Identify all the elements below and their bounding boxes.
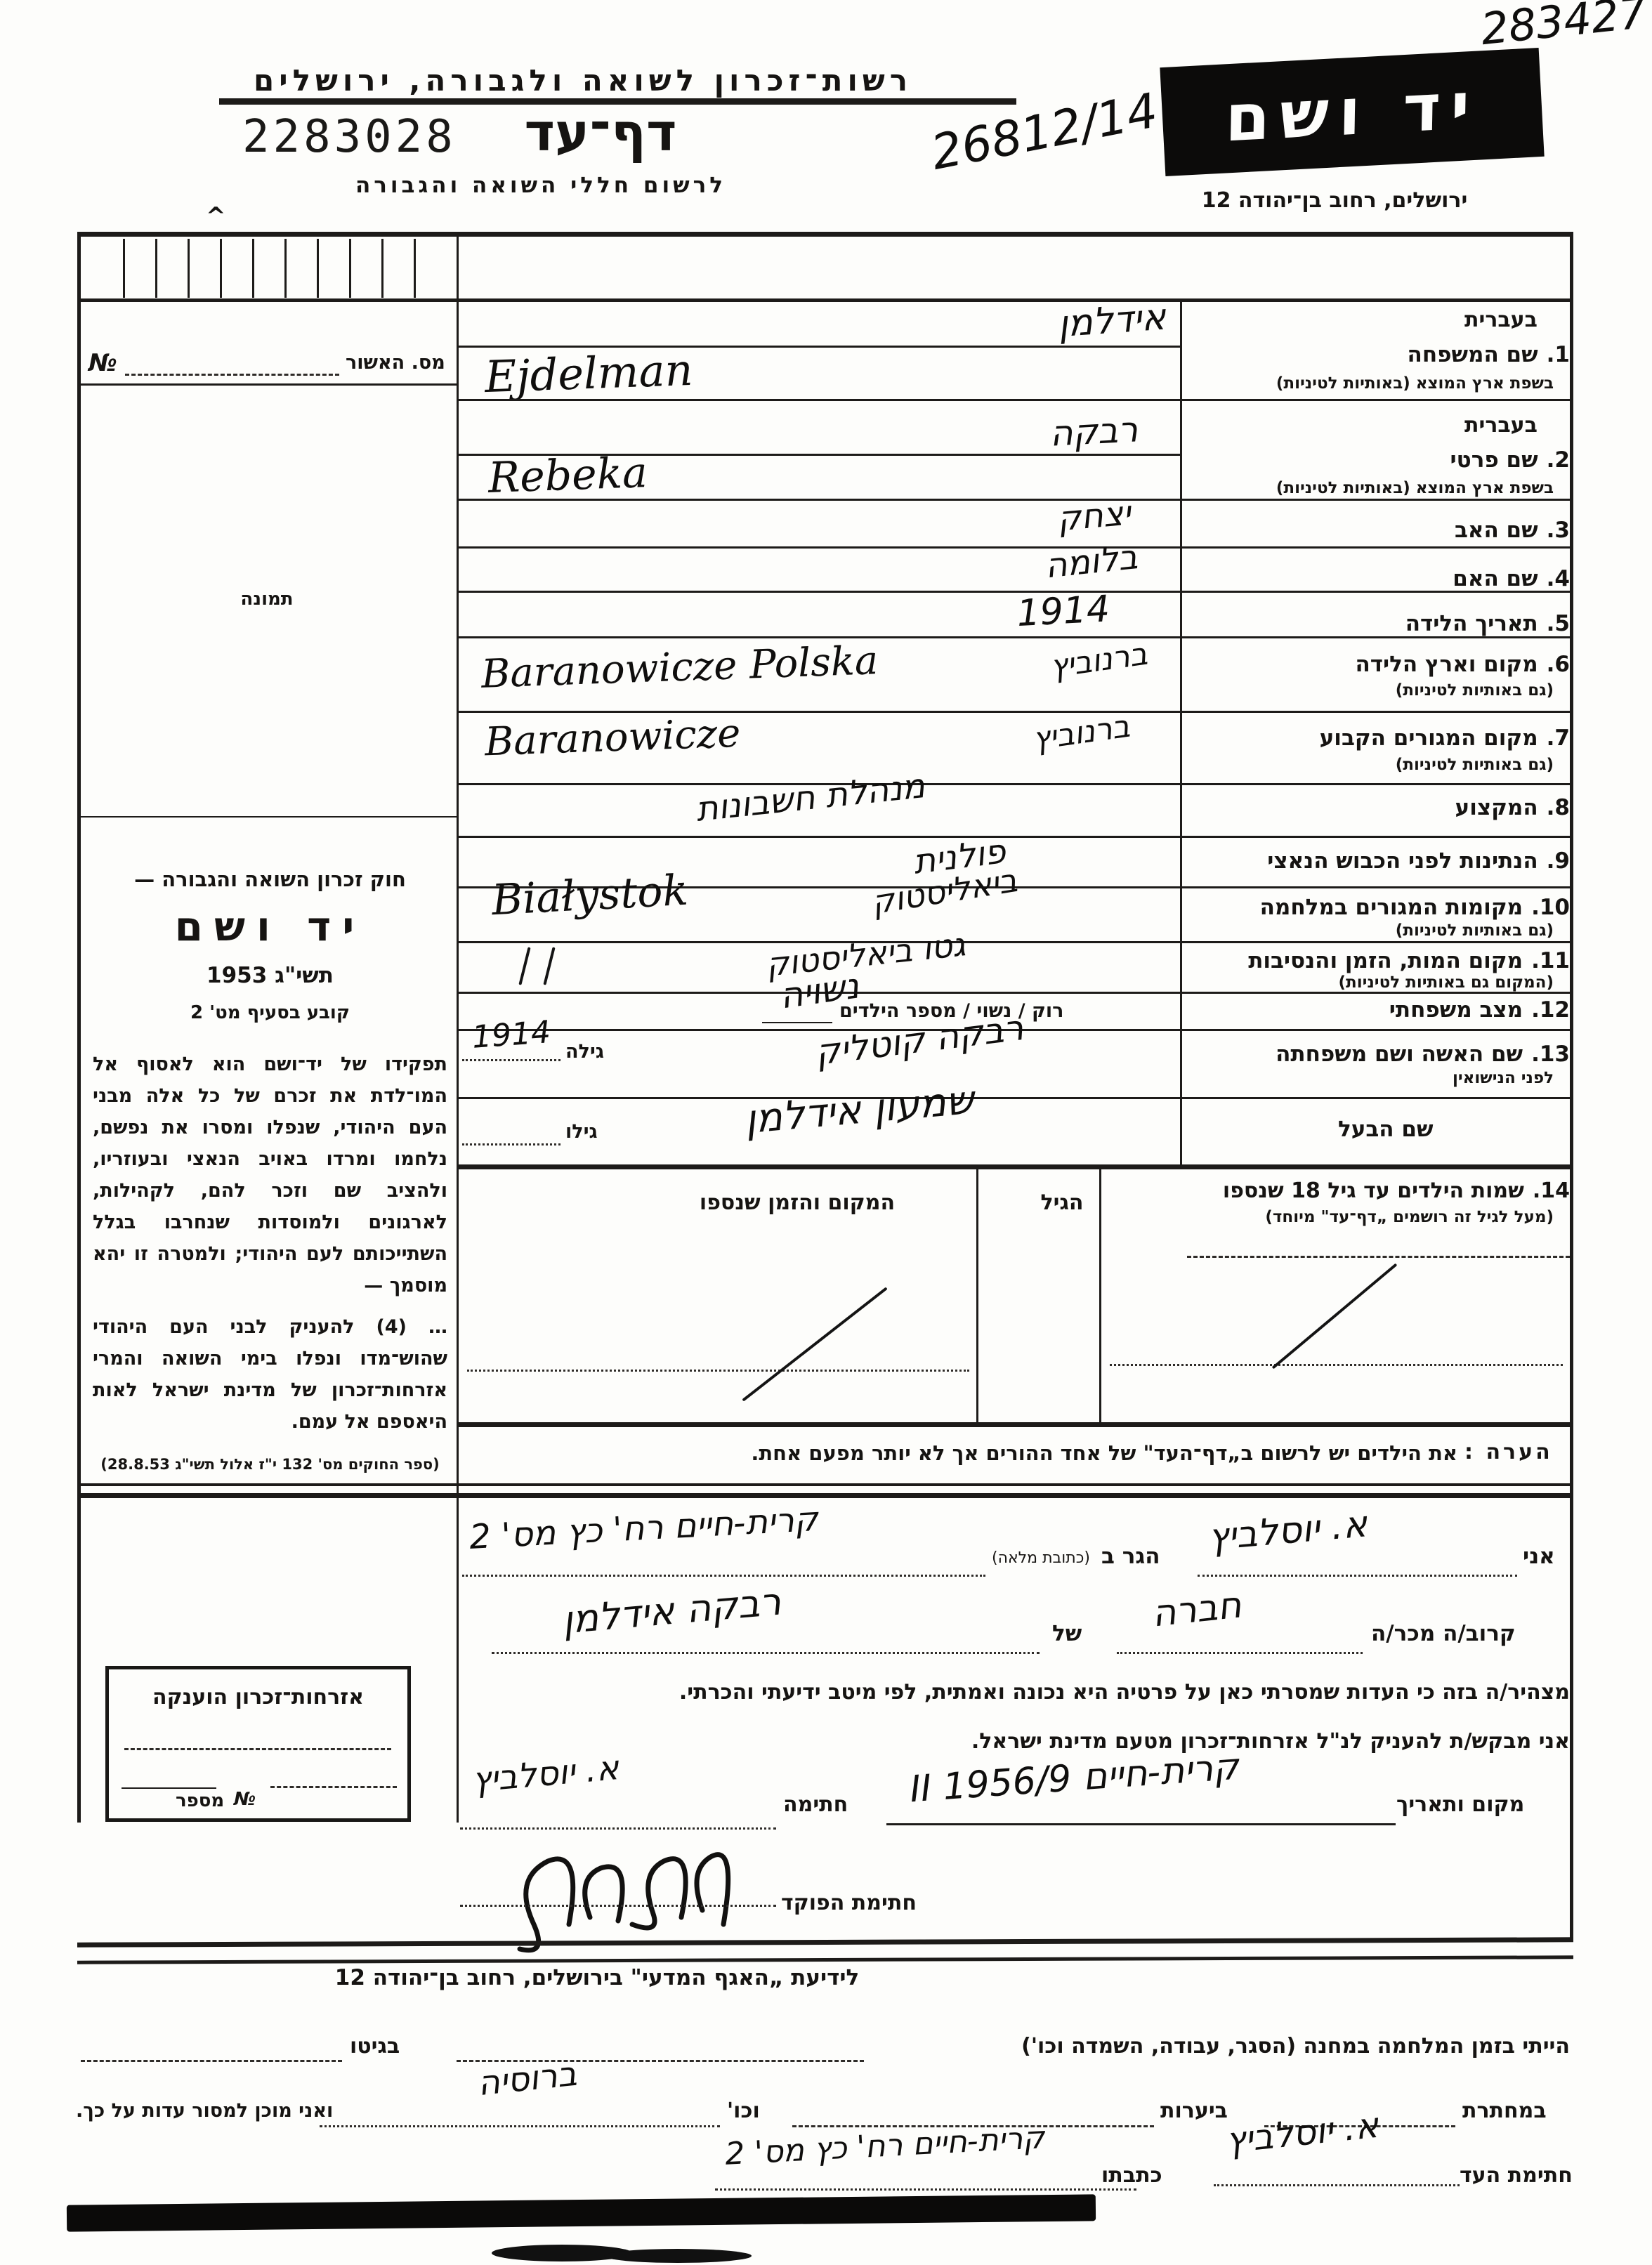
rule-line bbox=[457, 711, 1571, 713]
etc-blank bbox=[320, 2125, 720, 2127]
hand-profession: מנהלת חשבונות bbox=[694, 766, 926, 829]
field-sublabel-13: לפני הנישואין bbox=[1195, 1069, 1554, 1087]
form-subtitle: לרשום חללי השואה והגבורה bbox=[330, 173, 752, 198]
rule-line bbox=[457, 836, 1571, 838]
husband-age-label: גילו bbox=[565, 1121, 598, 1143]
field-number: 6. bbox=[1547, 652, 1570, 677]
cell-tick bbox=[123, 239, 125, 298]
witness-signature-label: חתימת העד bbox=[1460, 2163, 1573, 2188]
field-label-5: 5. תאריך הלידה bbox=[1187, 611, 1570, 636]
field-number: 9. bbox=[1547, 848, 1570, 874]
official-signature-label: חתימת הפוקד bbox=[781, 1891, 917, 1915]
relation-blank bbox=[1117, 1652, 1363, 1654]
form-bottom-double-line-2 bbox=[77, 1493, 1573, 1498]
cell-tick bbox=[349, 239, 351, 298]
declarant-address-blank bbox=[462, 1575, 985, 1577]
hand-empty-slash bbox=[742, 1287, 887, 1401]
field-number: 10. bbox=[1531, 895, 1570, 920]
hand-witness-address: קרית-חיים רח' כץ מס' 2 bbox=[724, 2120, 1046, 2172]
law-intro: חוק זכרון השואה והגבורה — bbox=[93, 867, 447, 891]
field-label-14: 14. שמות הילדים עד גיל 18 שנספו bbox=[1187, 1179, 1570, 1203]
testimony-ready-text: ואני מוכן למסור עדות על כך. bbox=[76, 2100, 333, 2122]
rule-line bbox=[457, 636, 1571, 638]
field-title: שם המשפחה bbox=[1408, 342, 1538, 367]
ditto-mark bbox=[518, 947, 530, 985]
law-name: יד ושם bbox=[93, 902, 447, 950]
subject-blank bbox=[492, 1652, 1040, 1654]
war-camp-line: הייתי בזמן המלחמה במחנה (הסגר, עבודה, הש… bbox=[874, 2034, 1570, 2059]
address-hint: (כתובת מלאה) bbox=[992, 1549, 1090, 1567]
hand-first-name-hebrew: רבקה bbox=[983, 409, 1139, 457]
field-title: מקום וארץ הלידה bbox=[1356, 652, 1538, 677]
field-number: 8. bbox=[1547, 795, 1570, 820]
cell-tick bbox=[220, 239, 222, 298]
info-title: לידיעת „האגף המדעי" בירושלים, רחוב בן־יה… bbox=[295, 1965, 899, 1990]
hand-birth-place-latin: Baranowicze Polska bbox=[480, 638, 879, 697]
etc-label: וכו' bbox=[727, 2099, 760, 2123]
field-sublabel-6: (גם באותיות לטיניות) bbox=[1195, 681, 1554, 700]
forests-label: ביערות bbox=[1160, 2099, 1228, 2123]
testimony-page-scan: 283427 רשות־זכרון לשואה ולגבורה, ירושלים… bbox=[0, 0, 1652, 2265]
field-number: 13. bbox=[1531, 1042, 1570, 1067]
rule-line bbox=[457, 399, 1571, 401]
witness-address-blank bbox=[715, 2188, 1136, 2191]
cell-tick bbox=[414, 239, 416, 298]
witness-address-label: כתבתו bbox=[1101, 2163, 1162, 2188]
hebrew-note-2: בעברית bbox=[1464, 413, 1538, 438]
place-date-underline bbox=[886, 1823, 1396, 1825]
wife-age-label: גילה bbox=[565, 1041, 604, 1063]
cell-tick bbox=[317, 239, 319, 298]
declaration-statement: מצהיר/ה בזה כי העדות שמסרתי כאן על פרטיה… bbox=[737, 1680, 1570, 1705]
law-year: תשי"ג 1953 bbox=[93, 963, 447, 988]
field-number: 7. bbox=[1547, 726, 1570, 751]
rule-line bbox=[457, 783, 1571, 785]
hand-signature: א. יוסלביץ bbox=[471, 1748, 620, 1800]
law-section: קובע בסעיף מט' 2 bbox=[93, 1002, 447, 1023]
rule-line bbox=[457, 992, 1571, 994]
law-paragraph: תפקידו של יד־ושם הוא לאסוף אל המו־לדת את… bbox=[93, 1049, 447, 1301]
org-title: רשות־זכרון לשואה ולגבורה, ירושלים bbox=[197, 63, 969, 98]
witness-signature-blank bbox=[1214, 2184, 1460, 2186]
rule-line bbox=[457, 1097, 1571, 1099]
hand-birth-date: 1914 bbox=[955, 588, 1111, 638]
field-sublabel-14: (מעל לגיל זה רושמים „דף־עד" מיוחד) bbox=[1195, 1208, 1554, 1226]
field-label-4: 4. שם האם bbox=[1187, 566, 1570, 591]
labels-column-divider bbox=[1180, 298, 1182, 1164]
field-label-8: 8. המקצוע bbox=[1187, 795, 1570, 820]
cell-tick bbox=[284, 239, 287, 298]
field-number: 5. bbox=[1547, 611, 1570, 636]
citizenship-number-sign: № bbox=[234, 1789, 256, 1810]
hand-family-name-latin: Ejdelman bbox=[484, 344, 694, 402]
field-label-2: 2. שם פרטי bbox=[1187, 447, 1570, 473]
section-double-line-1 bbox=[77, 1937, 1573, 1947]
citizenship-box-title: אזרחות־זכרון הוענקה bbox=[109, 1685, 407, 1709]
field-number: 11. bbox=[1531, 948, 1570, 973]
left-column-divider bbox=[457, 232, 459, 1823]
form-top-border bbox=[77, 232, 1573, 237]
stamp-number: 2283028 bbox=[242, 111, 457, 163]
field-title: שם האשה ושם משפחתה bbox=[1276, 1042, 1523, 1067]
marital-blank-line bbox=[762, 1022, 832, 1023]
field-label-3: 3. שם האב bbox=[1187, 518, 1570, 543]
table-row-dotted-line bbox=[467, 1370, 969, 1372]
hand-birth-place-hebrew: ברנוביץ bbox=[1048, 636, 1150, 685]
field-number: 4. bbox=[1547, 566, 1570, 591]
field-number: 3. bbox=[1547, 518, 1570, 543]
field-title: מצב משפחתי bbox=[1389, 997, 1523, 1023]
field-label-9: 9. הנתינות לפני הכבוש הנאצי bbox=[1187, 848, 1570, 874]
hand-father-name: יצחק bbox=[975, 494, 1132, 546]
form-right-border bbox=[1570, 232, 1573, 1940]
husband-age-blank bbox=[462, 1143, 560, 1145]
photo-area-bottom-line bbox=[77, 816, 457, 818]
yad-vashem-logo: יד ושם bbox=[1160, 48, 1544, 176]
approval-row-underline bbox=[77, 383, 457, 386]
hand-family-name-hebrew: אידלמן bbox=[954, 296, 1167, 353]
field-label-13: 13. שם האשה ושם משפחתה bbox=[1187, 1042, 1570, 1067]
hand-subject-name: רבקה אידלמן bbox=[560, 1580, 782, 1643]
rule-line bbox=[457, 546, 1571, 549]
form-bottom-double-line-1 bbox=[77, 1483, 1573, 1486]
official-signature-scribble bbox=[471, 1819, 773, 1959]
field-number: 12. bbox=[1531, 997, 1570, 1023]
field-sublabel-1: בשפת ארץ המוצא (באותיות לטיניות) bbox=[1195, 374, 1554, 393]
field-title: מקום המות, הזמן והנסיבות bbox=[1248, 948, 1523, 973]
ghetto-label: בגיטו bbox=[350, 2034, 400, 2059]
citizenship-number-line bbox=[122, 1787, 216, 1789]
cells-row-bottom-line bbox=[77, 298, 1573, 302]
hand-empty-slash bbox=[1272, 1263, 1398, 1370]
citizenship-number-blank bbox=[270, 1786, 397, 1788]
field-number: 1. bbox=[1547, 342, 1570, 367]
field-title: שם האם bbox=[1453, 566, 1538, 591]
cell-tick bbox=[188, 239, 190, 298]
field-title: הנתינות לפני הכבוש הנאצי bbox=[1267, 848, 1538, 874]
relation-label: קרוב/ה מכר/ה bbox=[1371, 1621, 1516, 1646]
field-title: שם האב bbox=[1455, 518, 1538, 543]
photo-label: תמונה bbox=[225, 589, 309, 610]
of-label: של bbox=[1052, 1621, 1082, 1646]
cell-tick bbox=[155, 239, 157, 298]
field-sublabel-2: בשפת ארץ המוצא (באותיות לטיניות) bbox=[1195, 479, 1554, 497]
field-number: 14. bbox=[1533, 1179, 1570, 1203]
hand-wife-age: 1914 bbox=[471, 1014, 551, 1056]
hand-husband-name: שמעון אידלמן bbox=[743, 1077, 976, 1143]
hand-witness-signature: א. יוסלביץ bbox=[1224, 2105, 1381, 2161]
scan-artifact-bar bbox=[67, 2194, 1096, 2231]
rule-line bbox=[457, 941, 1571, 943]
form-name: דף־עד bbox=[485, 103, 716, 163]
hand-residence-latin: Baranowicze bbox=[484, 711, 741, 766]
hand-declarant-address: קרית-חיים רח' כץ מס' 2 bbox=[468, 1499, 819, 1557]
place-date-label: מקום ותאריך bbox=[1396, 1792, 1524, 1817]
rule-line bbox=[457, 346, 1180, 348]
law-source: (ספר החוקים מס' 132 י"ז אלול תשי"ג 28.8.… bbox=[93, 1456, 447, 1473]
rule-line bbox=[457, 499, 1571, 501]
caret-mark: ^ bbox=[206, 202, 226, 230]
form-left-border bbox=[77, 232, 81, 1823]
signature-label: חתימה bbox=[783, 1792, 848, 1817]
law-text-block: חוק זכרון השואה והגבורה — יד ושם תשי"ג 1… bbox=[93, 867, 447, 1473]
cell-tick bbox=[381, 239, 383, 298]
ditto-mark bbox=[543, 947, 555, 985]
header-address: ירושלים, רחוב בן־יהודה 12 bbox=[1155, 188, 1514, 213]
table-row-dotted-line bbox=[1110, 1364, 1563, 1366]
field-label-1: 1. שם המשפחה bbox=[1187, 342, 1570, 367]
field-label-11: 11. מקום המות, הזמן והנסיבות bbox=[1187, 948, 1570, 973]
declarant-i-label: אני bbox=[1523, 1544, 1555, 1569]
table-column-divider bbox=[1099, 1164, 1101, 1422]
hand-declarant-name: א. יוסלביץ bbox=[1207, 1503, 1369, 1559]
names-column-header-line bbox=[1187, 1256, 1570, 1258]
field-sublabel-11: (המקום גם באותיות לטיניות) bbox=[1195, 973, 1554, 992]
field-number: 2. bbox=[1547, 447, 1570, 473]
note-label: הערה : bbox=[1464, 1440, 1553, 1464]
field-sublabel-10: (גם באותיות לטיניות) bbox=[1195, 921, 1554, 940]
section-double-line-2 bbox=[77, 1955, 1573, 1964]
approval-number-label: מס. האשור bbox=[346, 352, 445, 374]
declarant-name-blank bbox=[1198, 1575, 1517, 1577]
number-sign: № bbox=[88, 349, 117, 377]
note-row-top-border bbox=[457, 1422, 1571, 1427]
resides-label: הגר ב bbox=[1101, 1544, 1160, 1569]
field-sublabel-7: (גם באותיות לטיניות) bbox=[1195, 756, 1554, 774]
field-label-7: 7. מקום המגורים הקבוע bbox=[1187, 726, 1570, 751]
hand-relation: חברה bbox=[1150, 1584, 1243, 1636]
official-signature-blank bbox=[460, 1905, 776, 1907]
law-clause: … (4) להעניק לבני העם היהודי שהוש־מדו ונ… bbox=[93, 1311, 447, 1438]
field-title: מקום המגורים הקבוע bbox=[1320, 726, 1538, 751]
note-text: את הילדים יש לרשום ב„דף־העד" של אחד ההור… bbox=[681, 1441, 1457, 1465]
field-label-6: 6. מקום וארץ הלידה bbox=[1187, 652, 1570, 677]
field-label-12: 12. מצב משפחתי bbox=[1187, 997, 1570, 1023]
approval-number-blank bbox=[125, 374, 339, 376]
field-title: המקצוע bbox=[1455, 795, 1538, 820]
hand-war-residence-latin: Białystok bbox=[490, 866, 689, 926]
table-column-divider bbox=[976, 1164, 978, 1422]
field-label-10: 10. מקומות המגורים במלחמה bbox=[1187, 895, 1570, 920]
underground-label: במחתרת bbox=[1462, 2099, 1547, 2123]
citizenship-number-label: מספר bbox=[176, 1790, 224, 1811]
field-title: שם פרטי bbox=[1450, 447, 1538, 473]
field-title: תאריך הלידה bbox=[1405, 611, 1538, 636]
hand-place-date: קרית-חיים 9/II 1956 bbox=[908, 1746, 1240, 1811]
table-header-place: המקום והזמן שנספו bbox=[653, 1190, 941, 1215]
scan-artifact-blob bbox=[604, 2249, 752, 2263]
field-title: שמות הילדים עד גיל 18 שנספו bbox=[1223, 1179, 1524, 1203]
field-title: מקומות המגורים במלחמה bbox=[1260, 895, 1523, 920]
citizenship-granted-box: אזרחות־זכרון הוענקה מספר № bbox=[105, 1666, 411, 1822]
husband-label: שם הבעל bbox=[1338, 1117, 1434, 1142]
wife-age-blank bbox=[462, 1059, 560, 1061]
table-top-border bbox=[457, 1164, 1571, 1169]
citizenship-box-blank bbox=[124, 1748, 391, 1750]
cell-tick bbox=[252, 239, 254, 298]
hand-residence-hebrew: ברנוביץ bbox=[1030, 709, 1132, 758]
yad-vashem-logo-text: יד ושם bbox=[1224, 67, 1480, 156]
hand-first-name-latin: Rebeka bbox=[487, 448, 648, 503]
ghetto-blank bbox=[81, 2060, 342, 2062]
hebrew-note-1: בעברית bbox=[1464, 308, 1538, 332]
table-header-age: הגיל bbox=[1027, 1190, 1097, 1215]
